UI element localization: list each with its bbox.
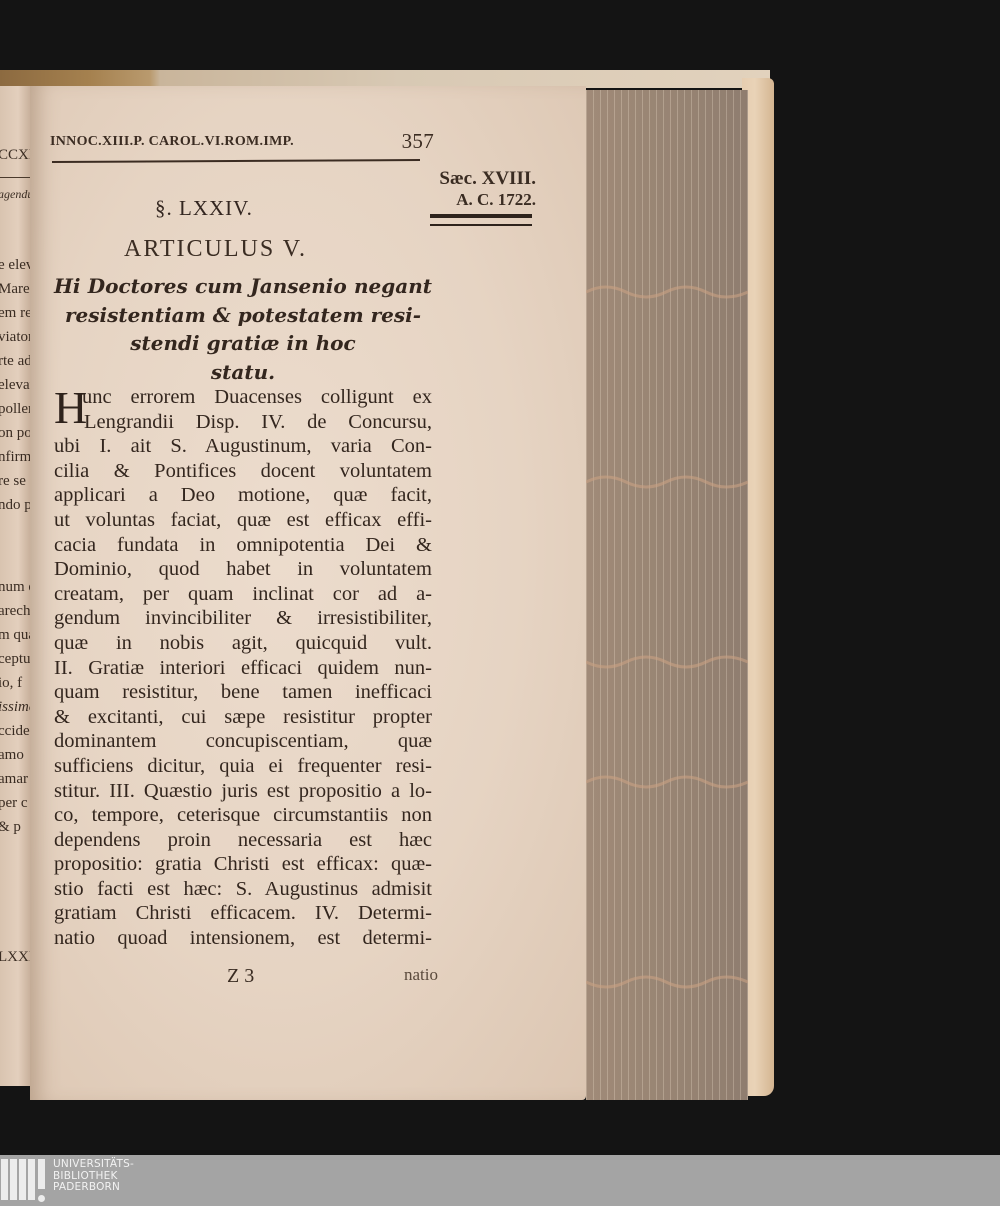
left-page-line: on pot xyxy=(0,426,30,441)
left-page-line: arech xyxy=(0,604,30,619)
left-page-line: em re xyxy=(0,306,30,321)
left-page-line: ccides xyxy=(0,724,30,739)
body-line: cacia fundata in omnipotentia Dei & xyxy=(54,533,432,558)
body-line: applicari a Deo motione, quæ facit, xyxy=(54,483,432,508)
body-line: sufficiens dicitur, quia ei frequenter r… xyxy=(54,754,432,779)
left-page-line: amar xyxy=(0,772,28,787)
library-name-line: PADERBORN xyxy=(53,1182,134,1194)
body-line: natio quoad intensionem, est determi- xyxy=(54,926,432,951)
left-page-line: Marechi xyxy=(0,282,30,297)
left-page-line: per c xyxy=(0,796,28,811)
left-page-line: viator xyxy=(0,330,30,345)
body-line: dependens proin necessaria est hæc xyxy=(54,828,432,853)
body-text: unc errorem Duacenses colligunt ex Lengr… xyxy=(54,385,432,951)
left-page-line: re se xyxy=(0,474,26,489)
body-line: dominantem concupiscentiam, quæ xyxy=(54,729,432,754)
article-title: ARTICULUS V. xyxy=(124,236,307,263)
subtitle-line: Hi Doctores cum Jansenio negant xyxy=(54,272,432,301)
left-page-subhead: agendum xyxy=(0,188,30,200)
left-page-fragment: CCXII agendum e elevar Marechi em re via… xyxy=(0,86,30,1086)
body-line: propositio: gratia Christi est efficax: … xyxy=(54,852,432,877)
running-head: INNOC.XIII.P. CAROL.VI.ROM.IMP. 357 xyxy=(50,134,428,150)
body-line: stitur. III. Quæstio juris est propositi… xyxy=(54,779,432,804)
left-page-rule xyxy=(0,177,30,178)
library-footer-band: UNIVERSITÄTS- BIBLIOTHEK PADERBORN xyxy=(0,1155,1000,1206)
body-line: Lengrandii Disp. IV. de Concursu, xyxy=(54,410,432,435)
left-page-line: io, f xyxy=(0,676,22,691)
catchword: natio xyxy=(404,965,438,985)
page-fore-edge xyxy=(586,90,748,1100)
body-line: quæ in nobis agit, quicquid vult. xyxy=(54,631,432,656)
margin-note-century: Sæc. XVIII. xyxy=(420,168,536,190)
signature-mark: Z 3 xyxy=(227,965,254,988)
left-page-line: issime xyxy=(0,700,30,715)
body-line: & excitanti, cui sæpe resistitur propter xyxy=(54,705,432,730)
body-line: ut voluntas faciat, quæ est efficax effi… xyxy=(54,508,432,533)
body-line: quam resistitur, bene tamen inefficaci xyxy=(54,680,432,705)
subtitle-line: resistentiam & potestatem resi- xyxy=(54,301,432,330)
body-line: creatam, per quam inclinat cor ad a- xyxy=(54,582,432,607)
page-number: 357 xyxy=(402,129,434,154)
body-line: gendum invincibiliter & irresistibiliter… xyxy=(54,606,432,631)
left-page-line: m quan xyxy=(0,628,30,643)
marbling-wave-icon xyxy=(586,280,748,304)
margin-rule-thick xyxy=(430,214,532,218)
marbling-wave-icon xyxy=(586,970,748,994)
body-line: II. Gratiæ interiori efficaci quidem nun… xyxy=(54,656,432,681)
body-line: cilia & Pontifices docent voluntatem xyxy=(54,459,432,484)
body-line: ubi I. ait S. Augustinum, varia Con- xyxy=(54,434,432,459)
left-page-line: num e xyxy=(0,580,30,595)
left-page-line: ceptu xyxy=(0,652,30,667)
margin-note: Sæc. XVIII. A. C. 1722. xyxy=(420,168,536,210)
left-page-line: amo xyxy=(0,748,24,763)
left-page-line: elevat xyxy=(0,378,30,393)
left-page-header: CCXII xyxy=(0,148,30,163)
left-page-line: & p xyxy=(0,820,21,835)
running-head-text: INNOC.XIII.P. CAROL.VI.ROM.IMP. xyxy=(50,134,294,149)
marbling-wave-icon xyxy=(586,770,748,794)
library-name-line: UNIVERSITÄTS- xyxy=(53,1159,134,1171)
subtitle-line: stendi gratiæ in hoc xyxy=(54,329,432,358)
article-subtitle: Hi Doctores cum Jansenio negant resisten… xyxy=(54,272,432,386)
body-line: Dominio, quod habet in voluntatem xyxy=(54,557,432,582)
left-page-line: rte adu xyxy=(0,354,30,369)
marbling-wave-icon xyxy=(586,470,748,494)
margin-rule-thin xyxy=(430,224,532,226)
library-name: UNIVERSITÄTS- BIBLIOTHEK PADERBORN xyxy=(53,1159,134,1194)
marbling-wave-icon xyxy=(586,650,748,674)
left-page-line: ndo pu xyxy=(0,498,30,513)
section-number: §. LXXIV. xyxy=(155,196,253,221)
body-line: unc errorem Duacenses colligunt ex xyxy=(54,385,432,410)
left-page-line: e elevar xyxy=(0,258,30,273)
left-page-line: pollent xyxy=(0,402,30,417)
library-logo-icon xyxy=(0,1159,46,1203)
margin-note-year: A. C. 1722. xyxy=(420,190,536,210)
left-page-line: nfirmit xyxy=(0,450,30,465)
body-line: gratiam Christi efficacem. IV. Determi- xyxy=(54,901,432,926)
subtitle-line: statu. xyxy=(54,358,432,387)
left-page-footer: LXXI xyxy=(0,950,30,965)
body-line: stio facti est hæc: S. Augustinus admisi… xyxy=(54,877,432,902)
body-line: co, tempore, ceterisque circumstantiis n… xyxy=(54,803,432,828)
